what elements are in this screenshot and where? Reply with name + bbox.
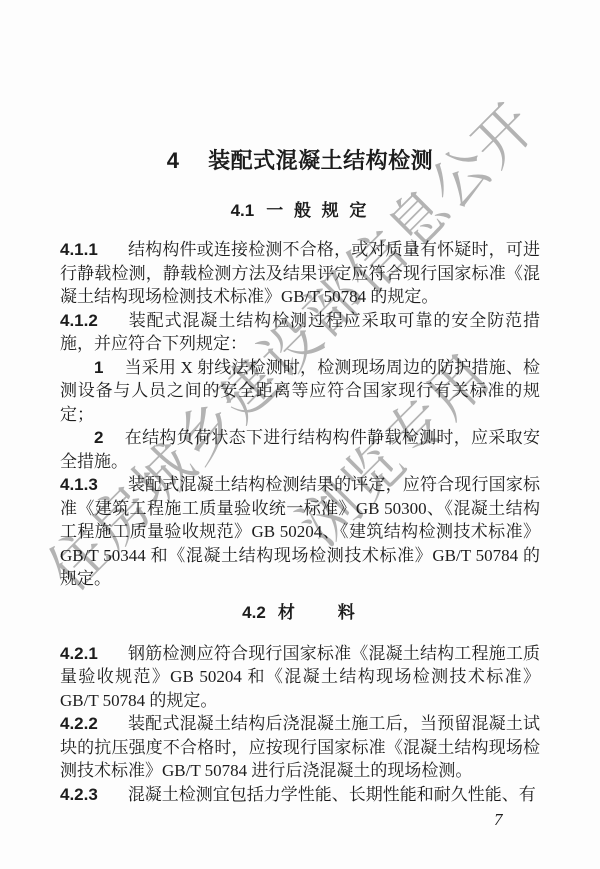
page-number: 7 [494, 810, 503, 830]
clause: 4.2.3混凝土检测宜包括力学性能、长期性能和耐久性能、有 [60, 783, 540, 807]
item-number: 1 [94, 358, 103, 377]
section-title: 材 料 [278, 603, 358, 622]
clause-number: 4.1.2 [60, 311, 98, 330]
clause: 4.1.2装配式混凝土结构检测过程应采取可靠的安全防范措施，并应符合下列规定： [60, 309, 540, 356]
chapter-number: 4 [167, 148, 180, 173]
clause-text: 结构构件或连接检测不合格，或对质量有怀疑时，可进行静载检测，静载检测方法及结果评… [60, 240, 540, 306]
clause-number: 4.1.1 [60, 240, 98, 259]
item-text: 在结构负荷状态下进行结构构件静载检测时，应采取安全措施。 [60, 428, 540, 471]
clause-item: 1当采用 X 射线法检测时，检测现场周边的防护措施、检测设备与人员之间的安全距离… [60, 356, 540, 427]
section-heading: 4.2材 料 [60, 603, 540, 623]
clause-number: 4.1.3 [60, 475, 98, 494]
section-number: 4.2 [242, 603, 266, 622]
document-page: 住房城乡建设部信息公开 浏览专用 4 装配式混凝土结构检测 4.1一 般 规 定… [0, 0, 600, 869]
clause-number: 4.2.2 [60, 714, 98, 733]
clause: 4.2.1钢筋检测应符合现行国家标准《混凝土结构工程施工质量验收规范》GB 50… [60, 642, 540, 713]
clause: 4.1.1结构构件或连接检测不合格，或对质量有怀疑时，可进行静载检测，静载检测方… [60, 238, 540, 309]
chapter-title: 装配式混凝土结构检测 [208, 148, 433, 173]
section-number: 4.1 [231, 201, 255, 220]
clause-number: 4.2.1 [60, 644, 98, 663]
clause-number: 4.2.3 [60, 785, 98, 804]
clause-text: 装配式混凝土结构检测过程应采取可靠的安全防范措施，并应符合下列规定： [60, 311, 540, 354]
clause-item: 2在结构负荷状态下进行结构构件静载检测时，应采取安全措施。 [60, 426, 540, 473]
clause-text: 钢筋检测应符合现行国家标准《混凝土结构工程施工质量验收规范》GB 50204 和… [60, 644, 540, 710]
clause: 4.2.2装配式混凝土结构后浇混凝土施工后，当预留混凝土试块的抗压强度不合格时，… [60, 712, 540, 783]
chapter-heading: 4 装配式混凝土结构检测 [60, 147, 540, 174]
clause-text: 混凝土检测宜包括力学性能、长期性能和耐久性能、有 [128, 785, 536, 804]
document-body: 4.1一 般 规 定4.1.1结构构件或连接检测不合格，或对质量有怀疑时，可进行… [60, 201, 540, 806]
clause-text: 装配式混凝土结构检测结果的评定，应符合现行国家标准《建筑工程施工质量验收统一标准… [60, 475, 540, 588]
clause: 4.1.3装配式混凝土结构检测结果的评定，应符合现行国家标准《建筑工程施工质量验… [60, 473, 540, 591]
section-heading: 4.1一 般 规 定 [60, 201, 540, 221]
item-number: 2 [94, 428, 103, 447]
section-title: 一 般 规 定 [266, 201, 369, 220]
clause-text: 装配式混凝土结构后浇混凝土施工后，当预留混凝土试块的抗压强度不合格时，应按现行国… [60, 714, 540, 780]
item-text: 当采用 X 射线法检测时，检测现场周边的防护措施、检测设备与人员之间的安全距离等… [60, 358, 540, 424]
